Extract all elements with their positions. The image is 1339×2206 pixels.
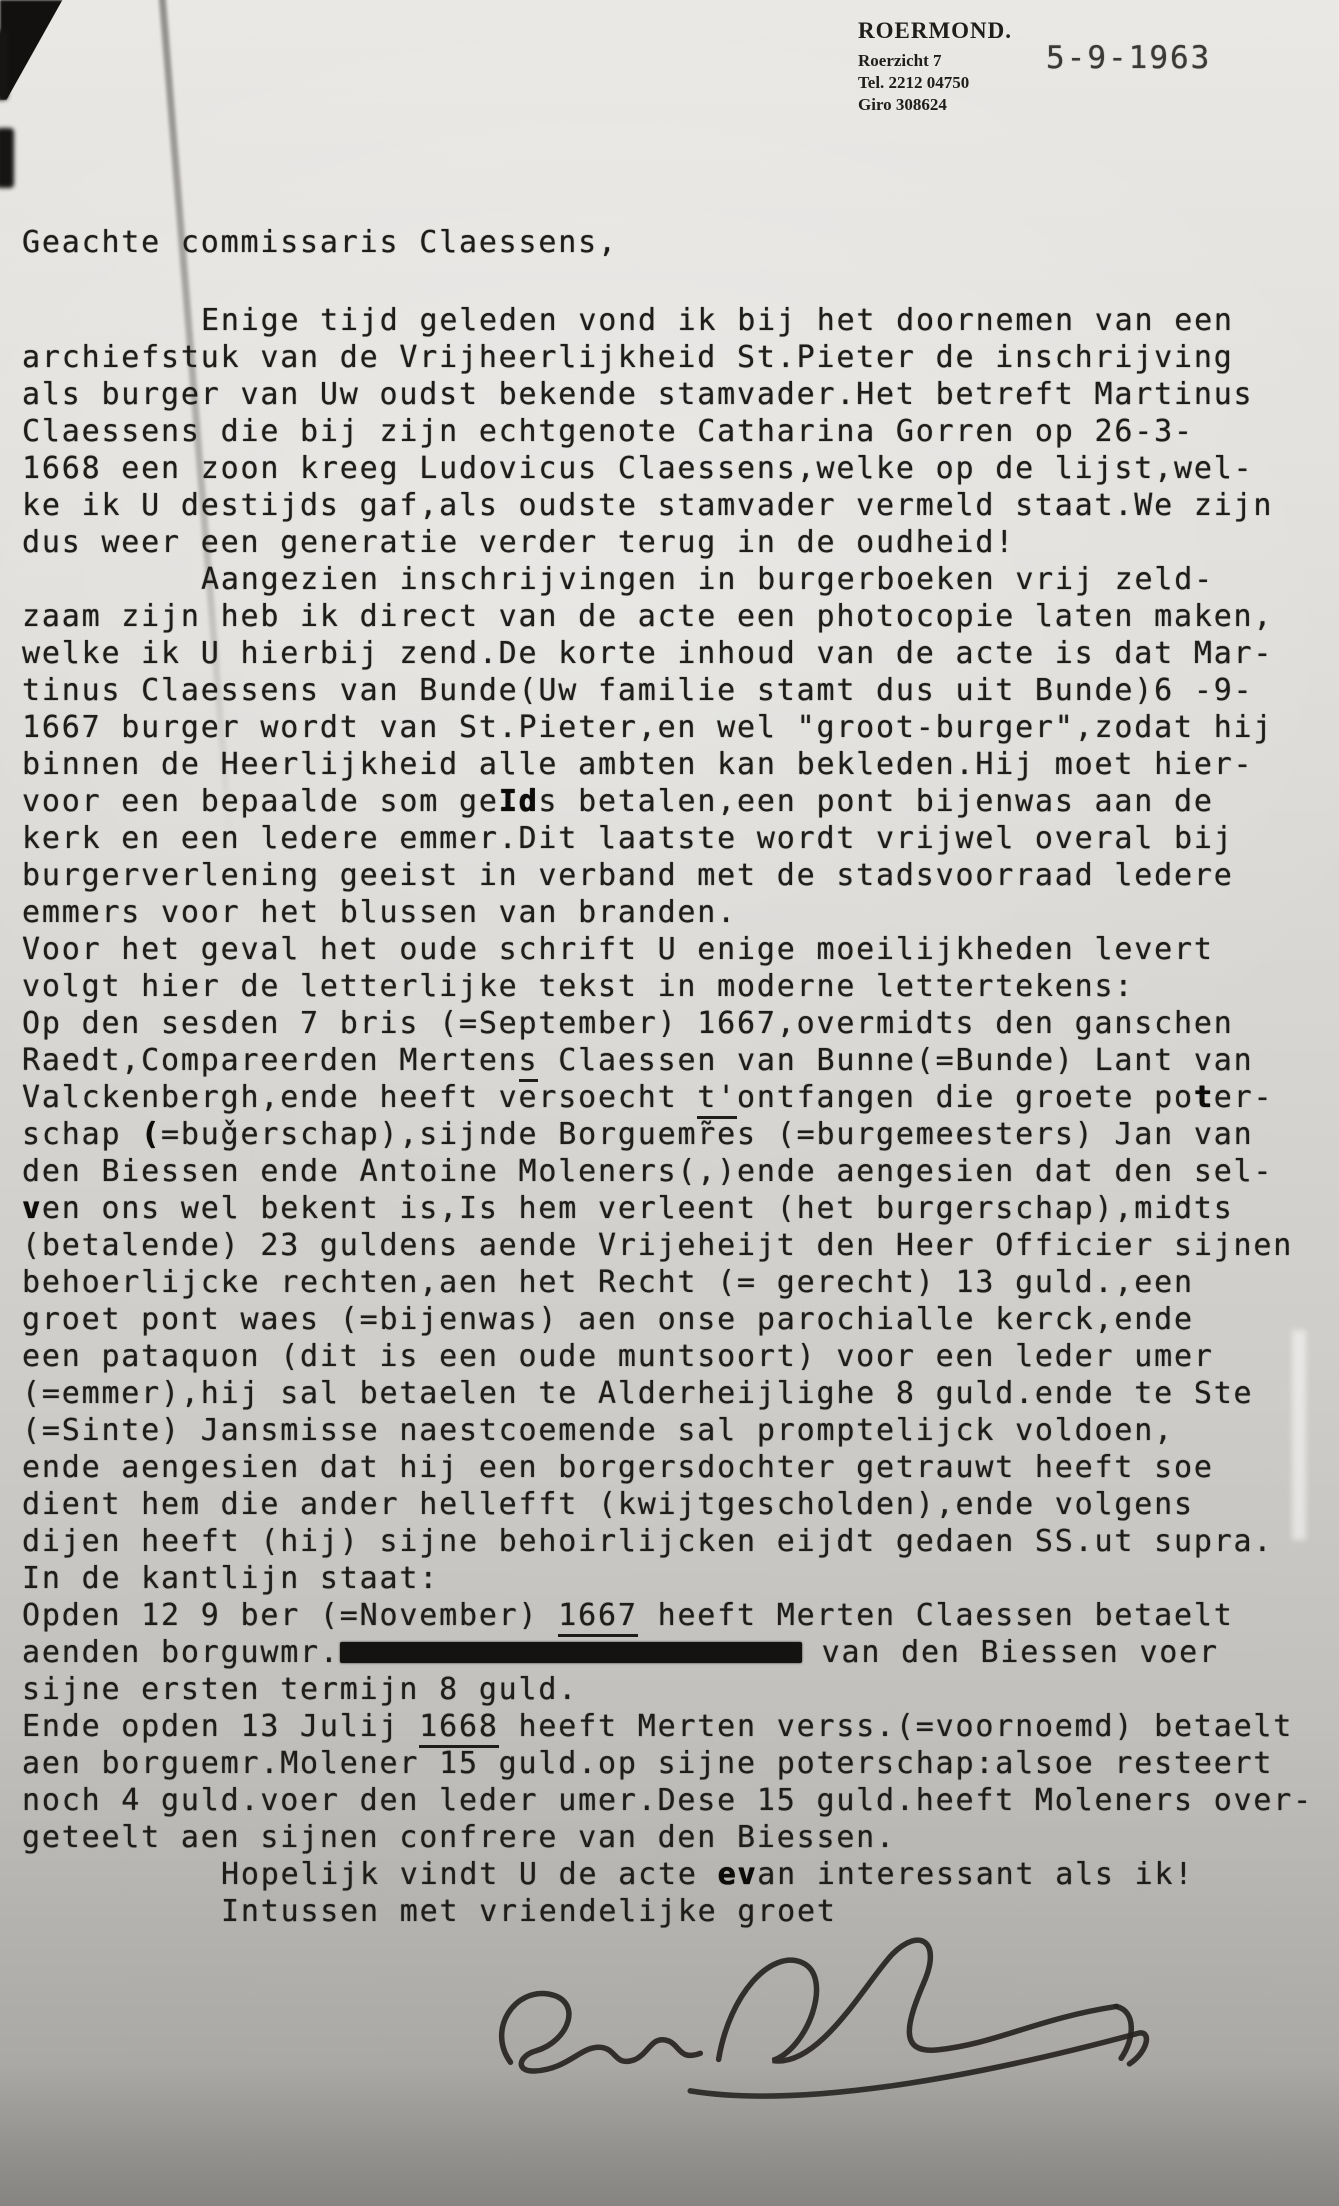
typed-segment: In de kantlijn staat:: [22, 1561, 439, 1596]
typed-line: voor een bepaalde som geIds betalen,een …: [22, 783, 1328, 820]
typed-line: In de kantlijn staat:: [22, 1560, 1328, 1597]
typed-segment: Raedt,Compareerden Merten: [22, 1043, 519, 1078]
typed-line: welke ik U hierbij zend.De korte inhoud …: [22, 635, 1328, 672]
typed-segment: geteelt aen sijnen confrere van den Bies…: [22, 1820, 896, 1855]
typed-segment: voor een bepaalde som ge: [22, 784, 499, 819]
typed-line: Enige tijd geleden vond ik bij het doorn…: [22, 302, 1328, 339]
signature-stroke: [1116, 2006, 1132, 2059]
typed-segment: kerk en een ledere emmer.Dit laatste wor…: [22, 821, 1234, 856]
typed-segment: aen borguemr.Molener 15 guld.op sijne po…: [22, 1746, 1273, 1781]
typed-segment: t': [697, 1080, 737, 1119]
typed-segment: ev: [718, 1857, 758, 1892]
typed-segment: Opden 12 9 ber (=November): [22, 1598, 558, 1633]
typed-line: een pataquon (dit is een oude muntsoort)…: [22, 1338, 1328, 1375]
typed-line: archiefstuk van de Vrijheerlijkheid St.P…: [22, 339, 1328, 376]
typed-segment: volgt hier de letterlijke tekst in moder…: [22, 969, 1134, 1004]
typed-segment: dus weer een generatie verder terug in d…: [22, 525, 1015, 560]
typed-line: dijen heeft (hij) sijne behoirlijcken ei…: [22, 1523, 1328, 1560]
typed-segment: Valckenbergh,ende heeft versoecht: [22, 1080, 697, 1115]
redacted-overstrike: [340, 1642, 802, 1663]
typed-segment: =buǧerschap),sijnde Borguemr̃es (=burgem…: [161, 1117, 1253, 1152]
typed-segment: (betalende) 23 guldens aende Vrijeheijt …: [22, 1228, 1293, 1263]
typed-line: den Biessen ende Antoine Moleners(,)ende…: [22, 1153, 1328, 1190]
typed-segment: Op den sesden 7 bris (=September) 1667,o…: [22, 1006, 1234, 1041]
typed-segment: s: [519, 1043, 539, 1082]
typed-line: ke ik U destijds gaf,als oudste stamvade…: [22, 487, 1328, 524]
typed-line: emmers voor het blussen van branden.: [22, 894, 1328, 931]
typed-line: aenden borguwmr. van den Biessen voer: [22, 1634, 1328, 1671]
typed-segment: Voor het geval het oude schrift U enige …: [22, 932, 1214, 967]
letter-body: Geachte commissaris Claessens, Enige tij…: [22, 224, 1328, 1930]
typed-segment: en ons wel bekent is,Is hem verleent (he…: [42, 1191, 1234, 1226]
typed-line: geteelt aen sijnen confrere van den Bies…: [22, 1819, 1328, 1856]
typed-line: schap (=buǧerschap),sijnde Borguemr̃es (…: [22, 1116, 1328, 1153]
typed-line: burgerverlening geeist in verband met de…: [22, 857, 1328, 894]
typed-segment: den Biessen ende Antoine Moleners(,)ende…: [22, 1154, 1273, 1189]
signature-stroke: [499, 1985, 700, 2072]
typed-segment: welke ik U hierbij zend.De korte inhoud …: [22, 636, 1273, 671]
typed-line: (betalende) 23 guldens aende Vrijeheijt …: [22, 1227, 1328, 1264]
typed-line: Aangezien inschrijvingen in burgerboeken…: [22, 561, 1328, 598]
typed-line: (=Sinte) Jansmisse naestcoemende sal pro…: [22, 1412, 1328, 1449]
typed-line: aen borguemr.Molener 15 guld.op sijne po…: [22, 1745, 1328, 1782]
typed-segment: s betalen,een pont bijenwas aan de: [538, 784, 1213, 819]
typed-segment: heeft Merten Claessen betaelt: [638, 1598, 1234, 1633]
typed-line: Hopelijk vindt U de acte evan interessan…: [22, 1856, 1328, 1893]
typed-segment: binnen de Heerlijkheid alle ambten kan b…: [22, 747, 1253, 782]
typed-segment: er-: [1214, 1080, 1274, 1115]
typed-segment: burgerverlening geeist in verband met de…: [22, 858, 1234, 893]
typed-line: dus weer een generatie verder terug in d…: [22, 524, 1328, 561]
signature-stroke: [713, 1930, 1118, 2064]
typed-segment: noch 4 guld.voer den leder umer.Dese 15 …: [22, 1783, 1313, 1818]
typed-segment: Claessens die bij zijn echtgenote Cathar…: [22, 414, 1194, 449]
typed-segment: ontfangen die groete po: [737, 1080, 1194, 1115]
typed-line: kerk en een ledere emmer.Dit laatste wor…: [22, 820, 1328, 857]
typed-segment: een pataquon (dit is een oude muntsoort)…: [22, 1339, 1214, 1374]
typed-line: groet pont waes (=bijenwas) aen onse par…: [22, 1301, 1328, 1338]
typed-segment: als burger van Uw oudst bekende stamvade…: [22, 377, 1253, 412]
typed-line: volgt hier de letterlijke tekst in moder…: [22, 968, 1328, 1005]
typed-line: ven ons wel bekent is,Is hem verleent (h…: [22, 1190, 1328, 1227]
typed-segment: 1668: [419, 1709, 498, 1748]
typed-segment: sijne ersten termijn 8 guld.: [22, 1672, 578, 1707]
typed-segment: Intussen met vriendelijke groet: [221, 1894, 837, 1929]
typed-segment: 1668 een zoon kreeg Ludovicus Claessens,…: [22, 451, 1253, 486]
typed-segment: 1667 burger wordt van St.Pieter,en wel "…: [22, 710, 1273, 745]
typed-line: Claessens die bij zijn echtgenote Cathar…: [22, 413, 1328, 450]
typed-segment: v: [22, 1191, 42, 1226]
typed-segment: behoerlijcke rechten,aen het Recht (= ge…: [22, 1265, 1194, 1300]
typed-line: behoerlijcke rechten,aen het Recht (= ge…: [22, 1264, 1328, 1301]
typed-segment: t: [1194, 1080, 1214, 1115]
letter-date: 5-9-1963: [1046, 40, 1211, 76]
typed-line: noch 4 guld.voer den leder umer.Dese 15 …: [22, 1782, 1328, 1819]
typed-line: Valckenbergh,ende heeft versoecht t'ontf…: [22, 1079, 1328, 1116]
typed-segment: tinus Claessens van Bunde(Uw familie sta…: [22, 673, 1253, 708]
typed-line: tinus Claessens van Bunde(Uw familie sta…: [22, 672, 1328, 709]
typed-segment: ende aengesien dat hij een borgersdochte…: [22, 1450, 1214, 1485]
typed-line: ende aengesien dat hij een borgersdochte…: [22, 1449, 1328, 1486]
typed-segment: 1667: [558, 1598, 637, 1637]
typed-segment: dient hem die ander hellefft (kwijtgesch…: [22, 1487, 1194, 1522]
typed-line: Voor het geval het oude schrift U enige …: [22, 931, 1328, 968]
scan-corner-artifact: [0, 0, 80, 100]
typed-segment: (=emmer),hij sal betaelen te Alderheijli…: [22, 1376, 1253, 1411]
typed-line: Op den sesden 7 bris (=September) 1667,o…: [22, 1005, 1328, 1042]
typed-line: binnen de Heerlijkheid alle ambten kan b…: [22, 746, 1328, 783]
typed-line: 1668 een zoon kreeg Ludovicus Claessens,…: [22, 450, 1328, 487]
letterhead-giro: Giro 308624: [858, 94, 1118, 116]
typed-segment: heeft Merten verss.(=voornoemd) betaelt: [499, 1709, 1293, 1744]
scan-edge-artifact: [0, 128, 14, 188]
typed-line: zaam zijn heb ik direct van de acte een …: [22, 598, 1328, 635]
typed-line: dient hem die ander hellefft (kwijtgesch…: [22, 1486, 1328, 1523]
signature-stroke: [688, 2033, 1148, 2101]
typed-segment: schap: [22, 1117, 141, 1152]
scan-edge-artifact: [0, 30, 8, 100]
typed-line: sijne ersten termijn 8 guld.: [22, 1671, 1328, 1708]
typed-segment: Ende opden 13 Julij: [22, 1709, 419, 1744]
typed-segment: (: [141, 1117, 161, 1152]
typed-segment: dijen heeft (hij) sijne behoirlijcken ei…: [22, 1524, 1273, 1559]
typed-segment: Id: [499, 784, 539, 819]
scanned-letter-photo: ROERMOND. Roerzicht 7 Tel. 2212 04750 Gi…: [0, 0, 1339, 2206]
salutation: Geachte commissaris Claessens,: [22, 224, 1328, 261]
typed-segment: (=Sinte) Jansmisse naestcoemende sal pro…: [22, 1413, 1174, 1448]
typed-segment: ke ik U destijds gaf,als oudste stamvade…: [22, 488, 1273, 523]
typed-segment: archiefstuk van de Vrijheerlijkheid St.P…: [22, 340, 1234, 375]
typed-segment: an interessant als ik!: [757, 1857, 1194, 1892]
typed-line: Raedt,Compareerden Mertens Claessen van …: [22, 1042, 1328, 1079]
signature: [470, 1910, 1169, 2141]
typed-line: (=emmer),hij sal betaelen te Alderheijli…: [22, 1375, 1328, 1412]
typed-segment: van den Biessen voer: [802, 1635, 1219, 1670]
typed-segment: Claessen van Bunne(=Bunde) Lant van: [538, 1043, 1253, 1078]
typed-line: als burger van Uw oudst bekende stamvade…: [22, 376, 1328, 413]
typed-segment: Hopelijk vindt U de acte: [221, 1857, 718, 1892]
typed-lines: Enige tijd geleden vond ik bij het doorn…: [22, 302, 1328, 1930]
typed-segment: aenden borguwmr.: [22, 1635, 340, 1670]
typed-segment: Aangezien inschrijvingen in burgerboeken…: [201, 562, 1214, 597]
typed-line: Opden 12 9 ber (=November) 1667 heeft Me…: [22, 1597, 1328, 1634]
typed-line: 1667 burger wordt van St.Pieter,en wel "…: [22, 709, 1328, 746]
typed-line: Ende opden 13 Julij 1668 heeft Merten ve…: [22, 1708, 1328, 1745]
typed-segment: groet pont waes (=bijenwas) aen onse par…: [22, 1302, 1194, 1337]
typed-segment: Enige tijd geleden vond ik bij het doorn…: [201, 303, 1234, 338]
typed-segment: emmers voor het blussen van branden.: [22, 895, 737, 930]
typed-segment: zaam zijn heb ik direct van de acte een …: [22, 599, 1273, 634]
